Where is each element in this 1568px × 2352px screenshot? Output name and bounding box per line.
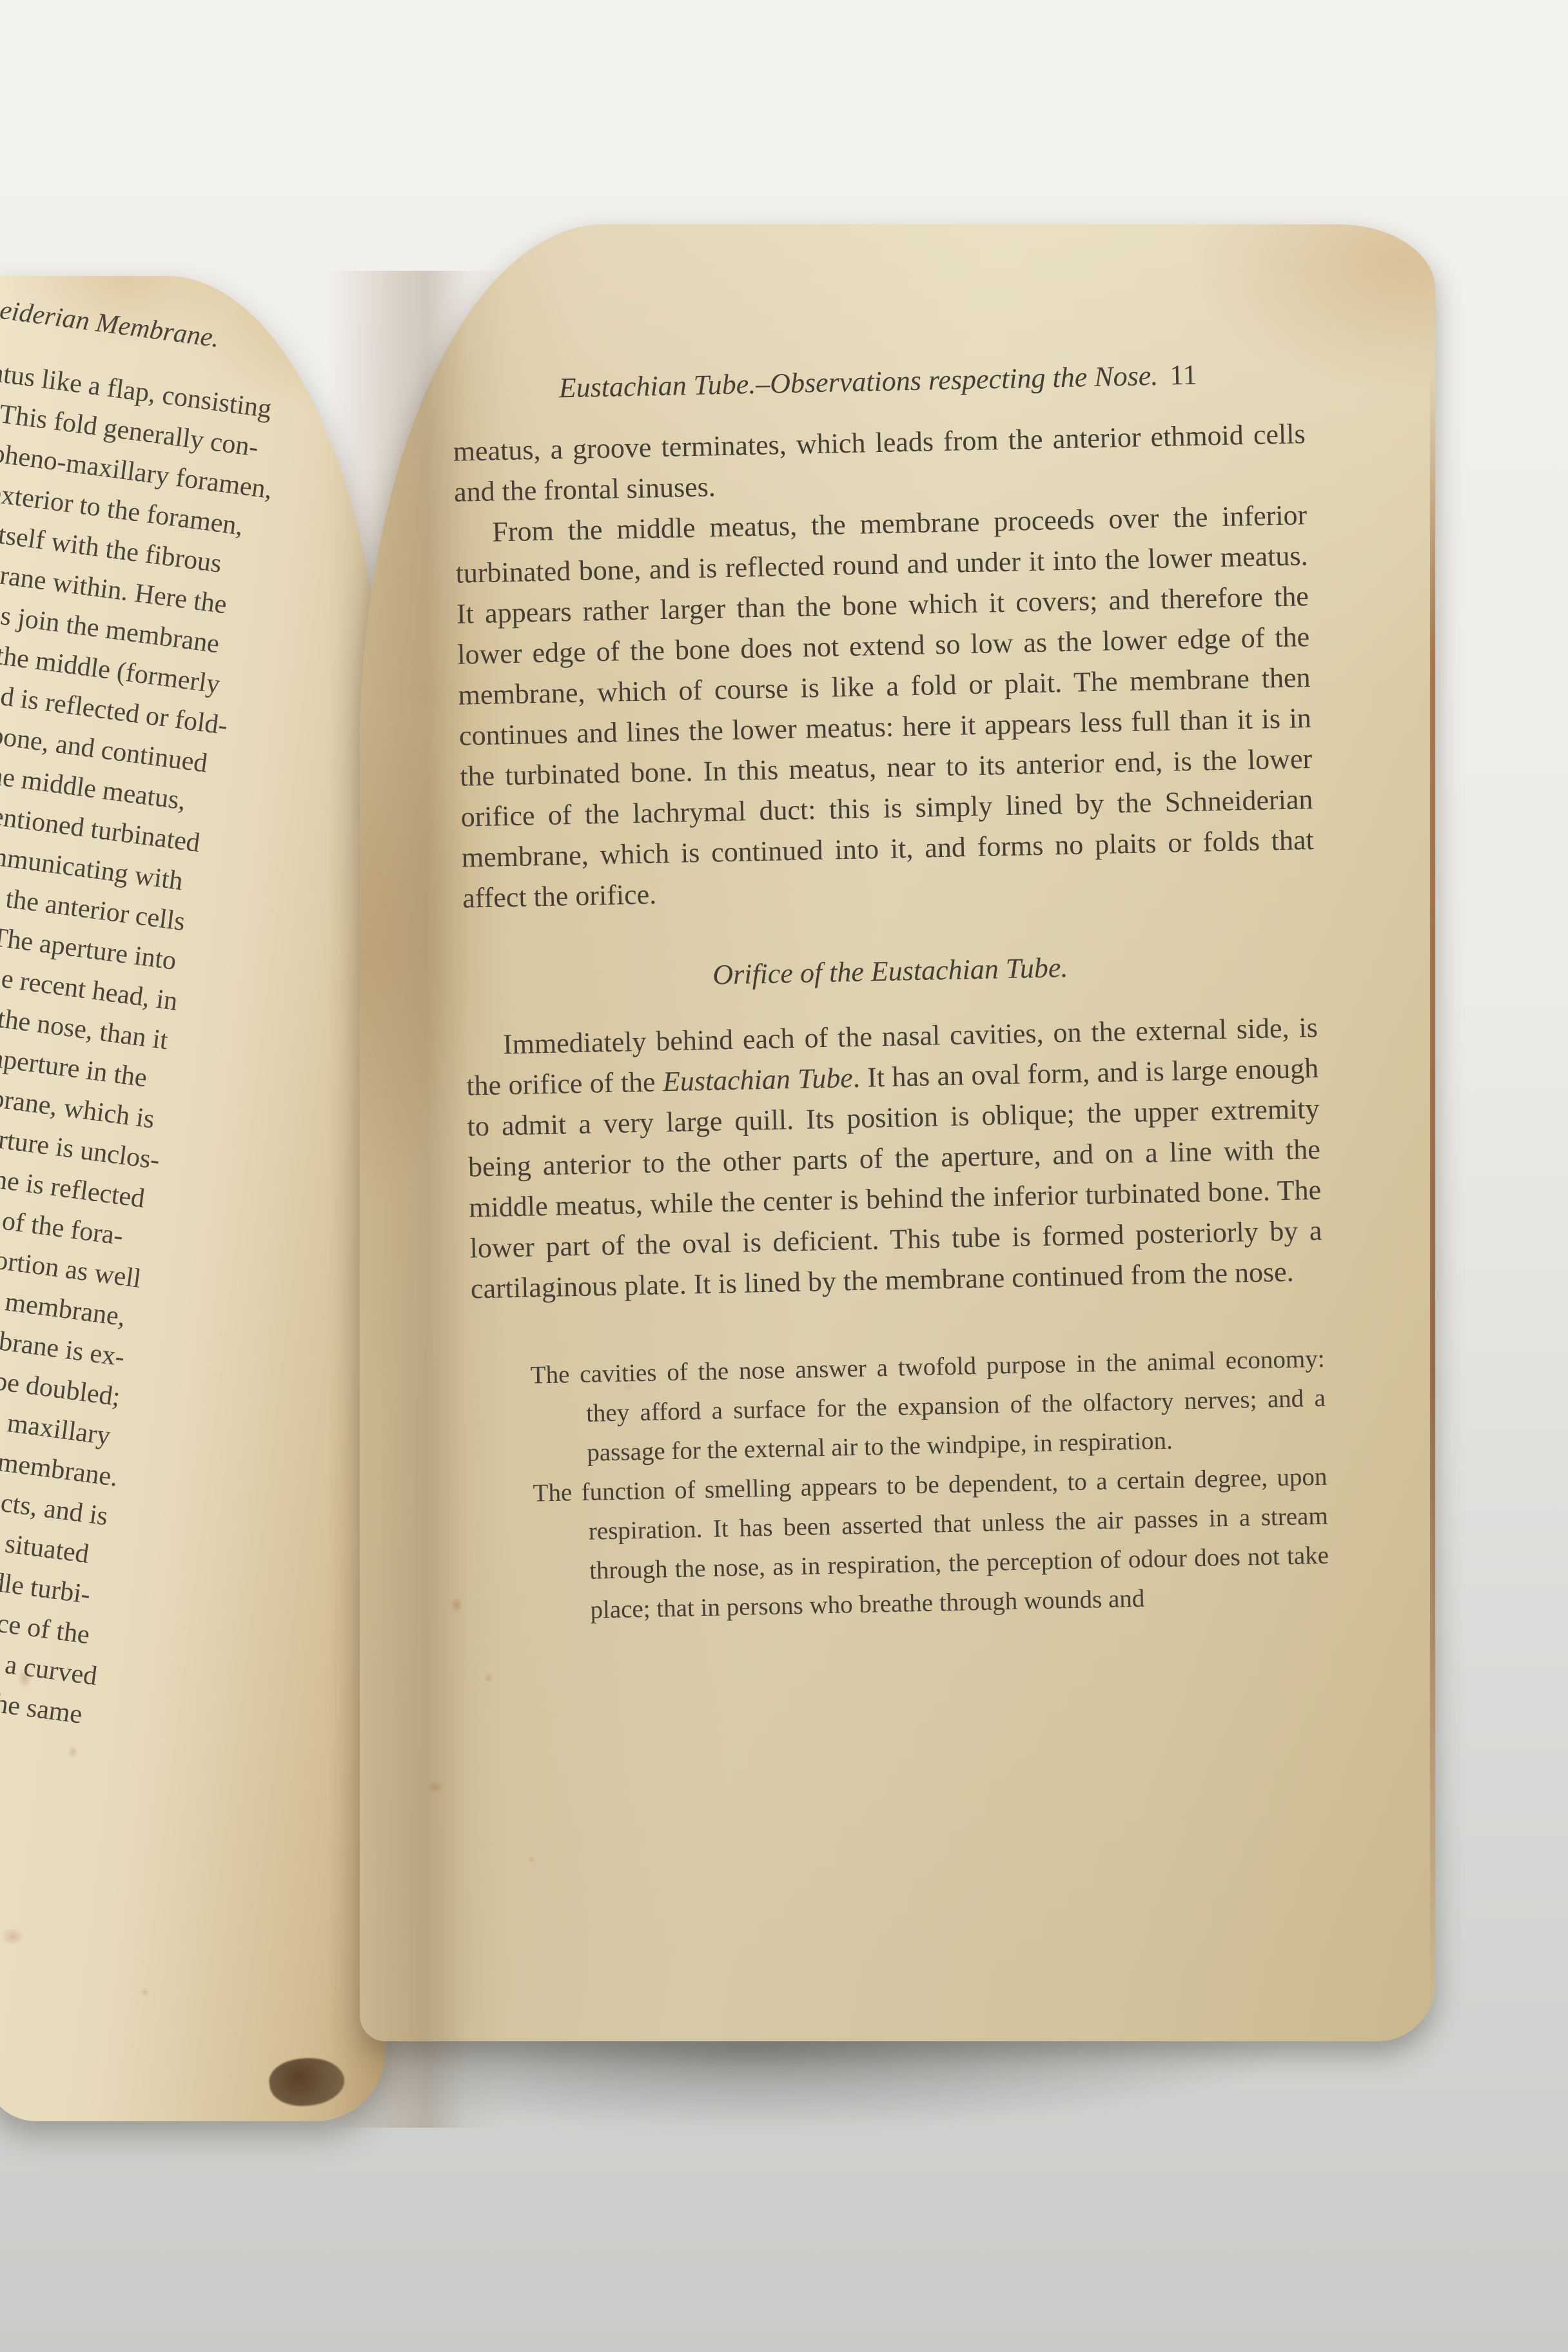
right-page-paragraphs: meatus, a groove terminates, which leads… [453, 413, 1330, 1632]
page-number: 11 [1170, 355, 1198, 396]
left-page-text: eiderian Membrane. atus like a flap, con… [0, 290, 386, 1750]
paragraph-extract: The cavities of the nose answer a twofol… [472, 1339, 1327, 1475]
left-page: eiderian Membrane. atus like a flap, con… [0, 276, 386, 2121]
italic-phrase: Eustachian Tube [662, 1062, 853, 1097]
right-page-text: Eustachian Tube.–Observations respecting… [451, 352, 1330, 1632]
paragraph-heading: Orifice of the Eustachian Tube. [464, 942, 1317, 1001]
book-photo: eiderian Membrane. atus like a flap, con… [0, 0, 1568, 2352]
paragraph-body: From the middle meatus, the membrane pro… [455, 495, 1315, 919]
left-page-lines: atus like a flap, consisting. This fold … [0, 353, 378, 1750]
paragraph-body: Immediately behind each of the nasal cav… [465, 1007, 1323, 1309]
right-running-header: Eustachian Tube.–Observations respecting… [451, 352, 1304, 411]
right-page: Eustachian Tube.–Observations respecting… [360, 224, 1435, 2041]
paragraph-extract: The function of smelling appears to be d… [475, 1457, 1330, 1632]
running-header-title: Eustachian Tube.–Observations respecting… [558, 355, 1159, 408]
